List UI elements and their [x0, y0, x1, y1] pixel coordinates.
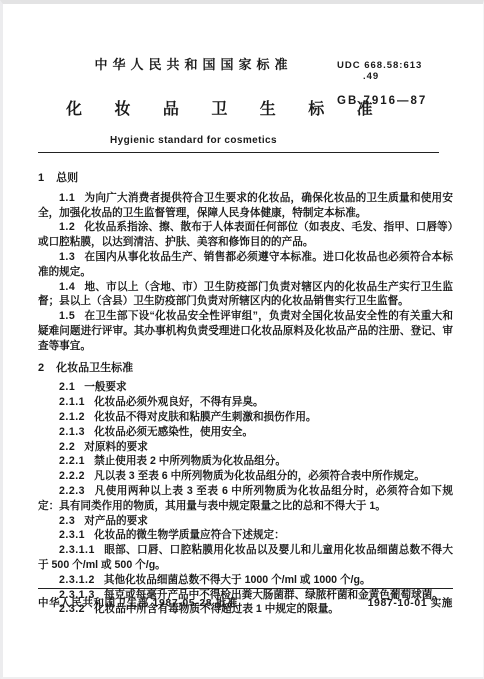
- section-number: 2.1.1: [59, 396, 85, 408]
- section-paragraph: 2.2.3凡使用两种以上表 3 至表 6 中所列物质为化妆品组分时，必须符合如下…: [38, 484, 453, 514]
- section-text: 对原料的要求: [84, 441, 148, 453]
- section-number: 1.3: [59, 251, 75, 263]
- section-text: 化妆品卫生标准: [56, 362, 133, 374]
- section-number: 1.1: [59, 192, 75, 204]
- section-text: 化妆品必须外观良好，不得有异臭。: [94, 396, 264, 408]
- section-text: 凡使用两种以上表 3 至表 6 中所列物质为化妆品组分时，必须符合如下规定：具有…: [38, 485, 453, 512]
- section-paragraph: 1.3在国内从事化妆品生产、销售都必须遵守本标准。进口化妆品也必须符合本标准的规…: [38, 250, 453, 280]
- section-text: 凡以表 3 至表 6 中所列物质为化妆品组分的，必须符合表中所作规定。: [94, 470, 425, 482]
- section-text: 化妆品不得对皮肤和粘膜产生刺激和损伤作用。: [94, 411, 316, 423]
- national-standard-label: 中华人民共和国国家标准: [66, 54, 321, 73]
- udc-code: UDC 668.58:613: [337, 60, 455, 71]
- section-heading: 2化妆品卫生标准: [38, 361, 453, 376]
- section-text: 化妆品必须无感染性，使用安全。: [94, 426, 253, 438]
- section-text: 一般要求: [84, 381, 126, 393]
- section-number: 2.1: [59, 381, 75, 393]
- section-paragraph: 1.4地、市以上（含地、市）卫生防疫部门负责对辖区内的化妆品生产实行卫生监督；县…: [38, 280, 453, 310]
- section-number: 2.3.1.1: [59, 544, 95, 556]
- section-text: 总则: [56, 172, 78, 184]
- section-paragraph: 2.1一般要求: [38, 380, 453, 395]
- section-number: 2.2.3: [59, 485, 85, 497]
- section-number: 1.4: [59, 281, 75, 293]
- section-text: 其他化妆品细菌总数不得大于 1000 个/ml 或 1000 个/g。: [104, 574, 371, 586]
- section-number: 2.2.1: [59, 455, 85, 467]
- section-paragraph: 2.1.3化妆品必须无感染性，使用安全。: [38, 425, 453, 440]
- header-codes-block: UDC 668.58:613 .49 GB 7916—87: [337, 54, 455, 146]
- section-number: 2.1.3: [59, 426, 85, 438]
- section-number: 2: [38, 362, 44, 374]
- document-footer: 中华人民共和国卫生部 1987-05-28 批准 1987-10-01 实施: [38, 595, 453, 610]
- document-body: 1总则1.1为向广大消费者提供符合卫生要求的化妆品，确保化妆品的卫生质量和使用安…: [38, 164, 453, 617]
- section-paragraph: 2.1.2化妆品不得对皮肤和粘膜产生刺激和损伤作用。: [38, 410, 453, 425]
- section-text: 对产品的要求: [84, 515, 148, 527]
- section-paragraph: 1.1为向广大消费者提供符合卫生要求的化妆品，确保化妆品的卫生质量和使用安全，加…: [38, 191, 453, 221]
- section-number: 1.5: [59, 310, 75, 322]
- section-text: 化妆品系指涂、擦、散布于人体表面任何部位（如表皮、毛发、指甲、口唇等）或口腔粘膜…: [38, 221, 453, 248]
- section-paragraph: 2.1.1化妆品必须外观良好，不得有异臭。: [38, 395, 453, 410]
- document-title-cn: 化 妆 品 卫 生 标 准: [66, 96, 321, 119]
- section-paragraph: 2.3对产品的要求: [38, 514, 453, 529]
- section-number: 2.2.2: [59, 470, 85, 482]
- section-number: 2.1.2: [59, 411, 85, 423]
- section-text: 为向广大消费者提供符合卫生要求的化妆品，确保化妆品的卫生质量和使用安全，加强化妆…: [38, 192, 453, 219]
- document-page: 中华人民共和国国家标准 化 妆 品 卫 生 标 准 Hygienic stand…: [0, 0, 484, 679]
- section-paragraph: 2.3.1.2其他化妆品细菌总数不得大于 1000 个/ml 或 1000 个/…: [38, 573, 453, 588]
- standard-number: GB 7916—87: [337, 95, 455, 107]
- section-number: 2.3: [59, 515, 75, 527]
- section-text: 禁止使用表 2 中所列物质为化妆品组分。: [94, 455, 286, 467]
- section-number: 1.2: [59, 221, 75, 233]
- document-title-en: Hygienic standard for cosmetics: [66, 135, 321, 146]
- section-paragraph: 2.3.1.1眼部、口唇、口腔粘膜用化妆品以及婴儿和儿童用化妆品细菌总数不得大于…: [38, 543, 453, 573]
- section-paragraph: 2.2对原料的要求: [38, 440, 453, 455]
- section-text: 化妆品的微生物学质量应符合下述规定：: [94, 529, 285, 541]
- approval-note: 中华人民共和国卫生部 1987-05-28 批准: [38, 595, 238, 610]
- section-number: 2.3.1.2: [59, 574, 95, 586]
- section-number: 1: [38, 172, 44, 184]
- footer-divider: [38, 588, 453, 589]
- section-paragraph: 1.5在卫生部下设“化妆品安全性评审组”，负责对全国化妆品安全性的有关重大和疑难…: [38, 309, 453, 353]
- section-text: 眼部、口唇、口腔粘膜用化妆品以及婴儿和儿童用化妆品细菌总数不得大于 500 个/…: [38, 544, 453, 571]
- section-text: 在国内从事化妆品生产、销售都必须遵守本标准。进口化妆品也必须符合本标准的规定。: [38, 251, 453, 278]
- section-heading: 1总则: [38, 171, 453, 186]
- header-divider: [38, 152, 439, 153]
- section-text: 地、市以上（含地、市）卫生防疫部门负责对辖区内的化妆品生产实行卫生监督；县以上（…: [38, 281, 453, 308]
- header-title-block: 中华人民共和国国家标准 化 妆 品 卫 生 标 准 Hygienic stand…: [66, 54, 321, 146]
- udc-code-continued: .49: [337, 71, 455, 82]
- section-text: 在卫生部下设“化妆品安全性评审组”，负责对全国化妆品安全性的有关重大和疑难问题进…: [38, 310, 453, 352]
- implementation-note: 1987-10-01 实施: [368, 595, 453, 610]
- document-header: 中华人民共和国国家标准 化 妆 品 卫 生 标 准 Hygienic stand…: [38, 54, 455, 146]
- section-number: 2.3.1: [59, 529, 85, 541]
- section-paragraph: 2.3.1化妆品的微生物学质量应符合下述规定：: [38, 528, 453, 543]
- section-number: 2.2: [59, 441, 75, 453]
- section-paragraph: 2.2.2凡以表 3 至表 6 中所列物质为化妆品组分的，必须符合表中所作规定。: [38, 469, 453, 484]
- section-paragraph: 1.2化妆品系指涂、擦、散布于人体表面任何部位（如表皮、毛发、指甲、口唇等）或口…: [38, 220, 453, 250]
- section-paragraph: 2.2.1禁止使用表 2 中所列物质为化妆品组分。: [38, 454, 453, 469]
